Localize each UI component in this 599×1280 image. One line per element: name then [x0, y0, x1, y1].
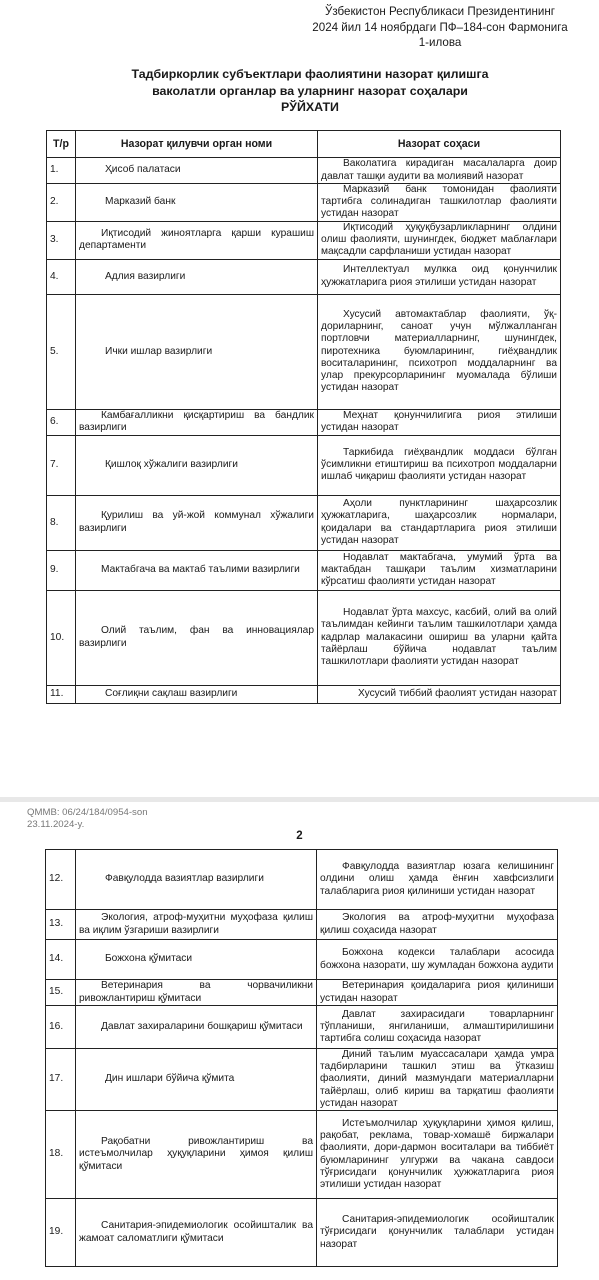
- organ-name: Санитария-эпидемиологик осойишталик ва ж…: [79, 1220, 313, 1243]
- organ-name: Божхона қўмитаси: [105, 953, 192, 964]
- control-area: Хусусий тиббий фаолият устидан назорат: [358, 688, 557, 699]
- control-area: Фавқулодда вазиятлар юзага келишининг ол…: [320, 861, 554, 896]
- organ-name-cell: Ветеринария ва чорвачиликни ривожлантири…: [76, 980, 317, 1006]
- row-number: 12.: [46, 850, 76, 910]
- column-header-number: Т/р: [47, 131, 76, 158]
- table-row: 15.Ветеринария ва чорвачиликни ривожлант…: [46, 980, 558, 1006]
- control-area-cell: Экология ва атроф-муҳитни муҳофаза қилиш…: [317, 910, 558, 940]
- organ-name: Ҳисоб палатаси: [105, 164, 181, 175]
- row-number: 19.: [46, 1199, 76, 1267]
- organ-name-cell: Соғлиқни сақлаш вазирлиги: [76, 685, 318, 703]
- table-row: 9.Мактабгача ва мактаб таълими вазирлиги…: [47, 550, 561, 590]
- annex-line-3: 1-илова: [290, 35, 590, 51]
- table-row: 8.Қурилиш ва уй-жой коммунал хўжалиги ва…: [47, 495, 561, 550]
- table-row: 10.Олий таълим, фан ва инновациялар вази…: [47, 590, 561, 685]
- organ-name: Рақобатни ривожлантириш ва истеъмолчилар…: [79, 1136, 313, 1171]
- row-number: 5.: [47, 294, 76, 409]
- organ-name-cell: Рақобатни ривожлантириш ва истеъмолчилар…: [76, 1111, 317, 1199]
- table-row: 3.Иқтисодий жиноятларга қарши курашиш де…: [47, 221, 561, 259]
- organ-name-cell: Давлат захираларини бошқариш қўмитаси: [76, 1006, 317, 1049]
- table-row: 14.Божхона қўмитасиБожхона кодекси талаб…: [46, 940, 558, 980]
- control-area-cell: Аҳоли пунктларининг шаҳарсозлик ҳужжатла…: [318, 495, 561, 550]
- registry-table-page-2: 12.Фавқулодда вазиятлар вазирлигиФавқуло…: [45, 849, 558, 1267]
- organ-name-cell: Иқтисодий жиноятларга қарши курашиш депа…: [76, 221, 318, 259]
- row-number: 14.: [46, 940, 76, 980]
- organ-name: Иқтисодий жиноятларга қарши курашиш депа…: [79, 228, 314, 251]
- control-area: Аҳоли пунктларининг шаҳарсозлик ҳужжатла…: [321, 498, 557, 546]
- row-number: 1.: [47, 158, 76, 184]
- organ-name-cell: Камбағалликни қисқартириш ва бандлик ваз…: [76, 409, 318, 435]
- row-number: 15.: [46, 980, 76, 1006]
- control-area-cell: Марказий банк томонидан фаолияти тартибг…: [318, 184, 561, 222]
- table-row: 13.Экология, атроф-муҳитни муҳофаза қили…: [46, 910, 558, 940]
- organ-name: Қурилиш ва уй-жой коммунал хўжалиги вази…: [79, 510, 314, 533]
- organ-name-cell: Экология, атроф-муҳитни муҳофаза қилиш в…: [76, 910, 317, 940]
- table-row: 7.Қишлоқ хўжалиги вазирлигиТаркибида гиё…: [47, 435, 561, 495]
- annex-line-1: Ўзбекистон Республикаси Президентининг: [290, 4, 590, 20]
- table-row: 11.Соғлиқни сақлаш вазирлигиХусусий тибб…: [47, 685, 561, 703]
- table-row: 6.Камбағалликни қисқартириш ва бандлик в…: [47, 409, 561, 435]
- control-area-cell: Божхона кодекси талаблари асосида божхон…: [317, 940, 558, 980]
- organ-name: Марказий банк: [105, 196, 175, 207]
- registry-table-page-1: Т/р Назорат қилувчи орган номи Назорат с…: [46, 130, 561, 704]
- control-area: Хусусий автомактаблар фаолияти, ўқ-дорил…: [321, 309, 557, 393]
- row-number: 4.: [47, 259, 76, 294]
- control-area: Диний таълим муассасалари ҳамда умра тад…: [320, 1049, 554, 1109]
- stamp-number: QMMB: 06/24/184/0954-son: [27, 807, 148, 819]
- annex-line-2: 2024 йил 14 ноябрдаги ПФ–184-сон Фармони…: [290, 20, 590, 36]
- table-row: 12.Фавқулодда вазиятлар вазирлигиФавқуло…: [46, 850, 558, 910]
- organ-name: Фавқулодда вазиятлар вазирлиги: [105, 873, 264, 884]
- document-page-1: Ўзбекистон Республикаси Президентининг 2…: [0, 0, 599, 797]
- organ-name: Дин ишлари бўйича қўмита: [105, 1073, 234, 1084]
- row-number: 9.: [47, 550, 76, 590]
- control-area-cell: Хусусий тиббий фаолият устидан назорат: [318, 685, 561, 703]
- table-row: 4.Адлия вазирлигиИнтеллектуал мулкка оид…: [47, 259, 561, 294]
- table-row: 5.Ички ишлар вазирлигиХусусий автомактаб…: [47, 294, 561, 409]
- organ-name: Қишлоқ хўжалиги вазирлиги: [105, 459, 238, 470]
- organ-name: Олий таълим, фан ва инновациялар вазирли…: [79, 625, 314, 648]
- organ-name-cell: Ички ишлар вазирлиги: [76, 294, 318, 409]
- row-number: 2.: [47, 184, 76, 222]
- table-row: 17.Дин ишлари бўйича қўмитаДиний таълим …: [46, 1049, 558, 1111]
- organ-name-cell: Марказий банк: [76, 184, 318, 222]
- control-area: Интеллектуал мулкка оид қонунчилик ҳужжа…: [321, 264, 557, 287]
- organ-name-cell: Санитария-эпидемиологик осойишталик ва ж…: [76, 1199, 317, 1267]
- organ-name: Мактабгача ва мактаб таълими вазирлиги: [101, 564, 300, 575]
- organ-name-cell: Қурилиш ва уй-жой коммунал хўжалиги вази…: [76, 495, 318, 550]
- control-area: Нодавлат мактабгача, умумий ўрта ва макт…: [321, 552, 557, 587]
- control-area: Меҳнат қонунчилигига риоя этилиши устида…: [321, 410, 557, 433]
- control-area: Ветеринария қоидаларига риоя қилиниши ус…: [320, 980, 554, 1003]
- title-line-3: РЎЙХАТИ: [60, 99, 560, 116]
- document-title: Тадбиркорлик субъектлари фаолиятини назо…: [60, 66, 560, 116]
- organ-name: Экология, атроф-муҳитни муҳофаза қилиш в…: [79, 912, 313, 935]
- table-row: 1.Ҳисоб палатасиВаколатига кирадиган мас…: [47, 158, 561, 184]
- organ-name: Соғлиқни сақлаш вазирлиги: [105, 688, 237, 699]
- control-area: Божхона кодекси талаблари асосида божхон…: [320, 947, 554, 970]
- row-number: 8.: [47, 495, 76, 550]
- row-number: 18.: [46, 1111, 76, 1199]
- organ-name-cell: Фавқулодда вазиятлар вазирлиги: [76, 850, 317, 910]
- control-area-cell: Хусусий автомактаблар фаолияти, ўқ-дорил…: [318, 294, 561, 409]
- row-number: 6.: [47, 409, 76, 435]
- organ-name: Адлия вазирлиги: [105, 271, 185, 282]
- control-area-cell: Таркибида гиёҳвандлик моддаси бўлган ўси…: [318, 435, 561, 495]
- control-area-cell: Истеъмолчилар ҳуқуқларини ҳимоя қилиш, р…: [317, 1111, 558, 1199]
- control-area: Экология ва атроф-муҳитни муҳофаза қилиш…: [320, 912, 554, 935]
- organ-name-cell: Ҳисоб палатаси: [76, 158, 318, 184]
- row-number: 3.: [47, 221, 76, 259]
- organ-name-cell: Божхона қўмитаси: [76, 940, 317, 980]
- title-line-1: Тадбиркорлик субъектлари фаолиятини назо…: [60, 66, 560, 83]
- organ-name-cell: Мактабгача ва мактаб таълими вазирлиги: [76, 550, 318, 590]
- table-row: 2.Марказий банкМарказий банк томонидан ф…: [47, 184, 561, 222]
- control-area-cell: Меҳнат қонунчилигига риоя этилиши устида…: [318, 409, 561, 435]
- control-area: Таркибида гиёҳвандлик моддаси бўлган ўси…: [321, 447, 557, 482]
- table-row: 19.Санитария-эпидемиологик осойишталик в…: [46, 1199, 558, 1267]
- control-area-cell: Интеллектуал мулкка оид қонунчилик ҳужжа…: [318, 259, 561, 294]
- control-area: Нодавлат ўрта махсус, касбий, олий ва ол…: [321, 607, 557, 667]
- row-number: 17.: [46, 1049, 76, 1111]
- control-area-cell: Нодавлат мактабгача, умумий ўрта ва макт…: [318, 550, 561, 590]
- row-number: 13.: [46, 910, 76, 940]
- row-number: 10.: [47, 590, 76, 685]
- control-area-cell: Фавқулодда вазиятлар юзага келишининг ол…: [317, 850, 558, 910]
- column-header-area: Назорат соҳаси: [318, 131, 561, 158]
- control-area-cell: Нодавлат ўрта махсус, касбий, олий ва ол…: [318, 590, 561, 685]
- control-area-cell: Диний таълим муассасалари ҳамда умра тад…: [317, 1049, 558, 1111]
- control-area: Ваколатига кирадиган масалаларга доир да…: [321, 158, 557, 181]
- organ-name-cell: Қишлоқ хўжалиги вазирлиги: [76, 435, 318, 495]
- annex-header: Ўзбекистон Республикаси Президентининг 2…: [290, 4, 590, 51]
- organ-name: Камбағалликни қисқартириш ва бандлик ваз…: [79, 410, 314, 433]
- row-number: 7.: [47, 435, 76, 495]
- control-area-cell: Иқтисодий ҳуқуқбузарликларнинг олдини ол…: [318, 221, 561, 259]
- document-page-2: QMMB: 06/24/184/0954-son 23.11.2024-y. 2…: [0, 802, 599, 1280]
- control-area-cell: Ветеринария қоидаларига риоя қилиниши ус…: [317, 980, 558, 1006]
- organ-name: Ветеринария ва чорвачиликни ривожлантири…: [79, 980, 313, 1003]
- control-area: Иқтисодий ҳуқуқбузарликларнинг олдини ол…: [321, 222, 557, 257]
- control-area: Марказий банк томонидан фаолияти тартибг…: [321, 184, 557, 219]
- table-row: 16.Давлат захираларини бошқариш қўмитаси…: [46, 1006, 558, 1049]
- table-header-row: Т/р Назорат қилувчи орган номи Назорат с…: [47, 131, 561, 158]
- page-number: 2: [0, 830, 599, 842]
- title-line-2: ваколатли органлар ва уларнинг назорат с…: [60, 83, 560, 100]
- column-header-organ: Назорат қилувчи орган номи: [76, 131, 318, 158]
- control-area-cell: Давлат захирасидаги товарларнинг тўплани…: [317, 1006, 558, 1049]
- organ-name: Давлат захираларини бошқариш қўмитаси: [101, 1021, 303, 1032]
- row-number: 11.: [47, 685, 76, 703]
- table-row: 18.Рақобатни ривожлантириш ва истеъмолчи…: [46, 1111, 558, 1199]
- control-area: Давлат захирасидаги товарларнинг тўплани…: [320, 1009, 554, 1044]
- control-area: Санитария-эпидемиологик осойишталик тўғр…: [320, 1214, 554, 1249]
- organ-name-cell: Дин ишлари бўйича қўмита: [76, 1049, 317, 1111]
- control-area-cell: Санитария-эпидемиологик осойишталик тўғр…: [317, 1199, 558, 1267]
- control-area-cell: Ваколатига кирадиган масалаларга доир да…: [318, 158, 561, 184]
- organ-name: Ички ишлар вазирлиги: [105, 346, 212, 357]
- organ-name-cell: Адлия вазирлиги: [76, 259, 318, 294]
- row-number: 16.: [46, 1006, 76, 1049]
- organ-name-cell: Олий таълим, фан ва инновациялар вазирли…: [76, 590, 318, 685]
- control-area: Истеъмолчилар ҳуқуқларини ҳимоя қилиш, р…: [320, 1118, 554, 1190]
- registration-stamp: QMMB: 06/24/184/0954-son 23.11.2024-y.: [27, 807, 148, 831]
